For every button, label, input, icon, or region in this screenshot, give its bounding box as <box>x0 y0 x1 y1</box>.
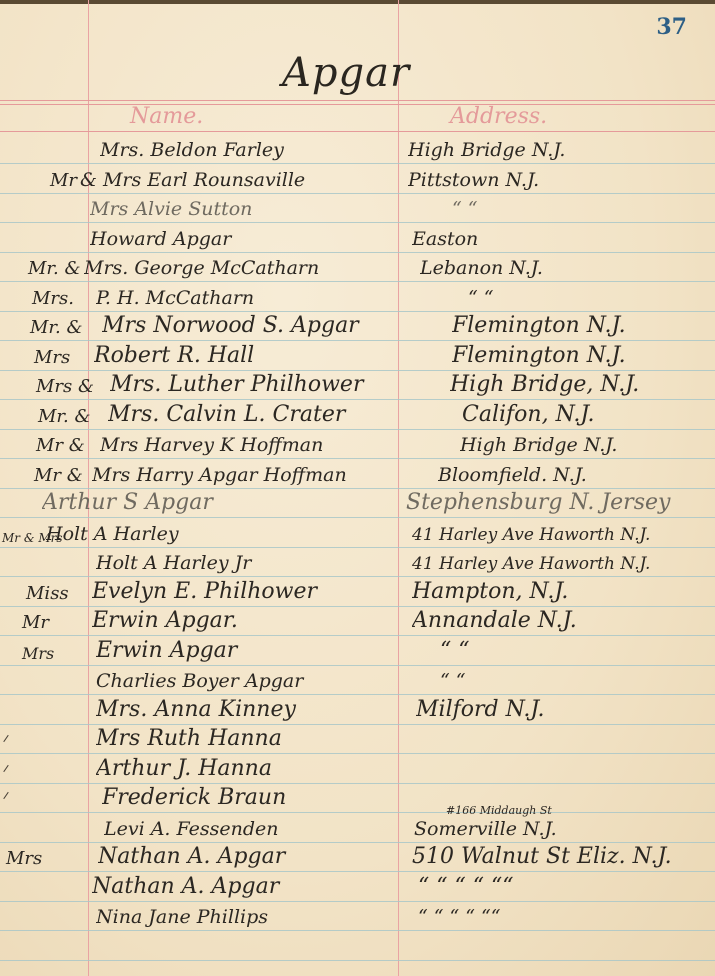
entry-address: #166 Middaugh St Somerville N.J. <box>414 818 715 840</box>
ledger-entry: Miss Evelyn E. Philhower Hampton, N.J. <box>0 577 715 606</box>
ledger-entry: Holt A Harley Jr 41 Harley Ave Haworth N… <box>0 547 715 576</box>
ledger-entry: Mr & Mrs Harvey K Hoffman High Bridge N.… <box>0 429 715 458</box>
ledger-entry: Mr & Mrs Harry Apgar Hoffman Bloomfield.… <box>0 459 715 488</box>
ledger-entry: Mr. & Mrs. Calvin L. Crater Califon, N.J… <box>0 400 715 429</box>
entry-name: Frederick Braun <box>102 785 407 810</box>
ledger-entry: Frederick Braun <box>0 783 715 812</box>
entry-name: Robert R. Hall <box>94 343 399 368</box>
entry-name: Mrs Ruth Hanna <box>96 726 401 751</box>
check-mark-icon <box>3 735 8 742</box>
entry-address: “ “ “ “ ““ <box>418 906 715 928</box>
entry-address: High Bridge, N.J. <box>450 372 715 397</box>
header-rule-top <box>0 100 715 101</box>
surname-heading: Apgar <box>282 50 410 96</box>
entry-prefix: Mrs & <box>36 376 118 397</box>
ledger-entry: Arthur J. Hanna <box>0 754 715 783</box>
entry-address: “ “ “ “ ““ <box>418 874 715 899</box>
entry-address: Stephensburg N. Jersey <box>406 490 711 515</box>
entry-name: Nina Jane Phillips <box>96 906 401 928</box>
ledger-entry: Nina Jane Phillips “ “ “ “ ““ <box>0 901 715 930</box>
entry-address: Annandale N.J. <box>412 608 715 633</box>
ledger-entry: Mrs Ruth Hanna <box>0 724 715 753</box>
entry-address: “ “ <box>452 198 715 220</box>
ledger-entry: Mrs & Mrs. Luther Philhower High Bridge,… <box>0 370 715 399</box>
ledger-entry: Levi A. Fessenden #166 Middaugh St Somer… <box>0 813 715 842</box>
entry-prefix: Mr. & <box>30 317 112 338</box>
entry-name: Mrs Alvie Sutton <box>90 198 395 220</box>
ledger-entry: Mr. & Mrs Norwood S. Apgar Flemington N.… <box>0 311 715 340</box>
entry-name: Erwin Apgar. <box>92 608 397 633</box>
check-mark-icon <box>3 792 8 799</box>
address-note: #166 Middaugh St <box>446 804 552 817</box>
entry-name: Arthur S Apgar <box>42 490 347 515</box>
entry-name: Holt A Harley <box>46 523 351 545</box>
entry-address: “ “ <box>440 638 715 663</box>
entry-name: Mrs. Beldon Farley <box>100 139 405 161</box>
page-top-edge <box>0 0 715 4</box>
ledger-entry: Mrs. P. H. McCatharn “ “ <box>0 282 715 311</box>
entry-name: & Mrs Earl Rounsaville <box>80 169 385 191</box>
entry-address: Hampton, N.J. <box>412 579 715 604</box>
entry-name: P. H. McCatharn <box>96 287 401 309</box>
ledger-entry: Mrs. Anna Kinney Milford N.J. <box>0 695 715 724</box>
entry-address: Lebanon N.J. <box>420 257 715 279</box>
entry-name: Mrs. George McCatharn <box>84 257 389 279</box>
ledger-entry: Howard Apgar Easton <box>0 223 715 252</box>
name-column-header: Name. <box>130 104 203 129</box>
ledger-entry: Mrs. Beldon Farley High Bridge N.J. <box>0 134 715 163</box>
entry-address: Milford N.J. <box>416 697 715 722</box>
entry-address: 510 Walnut St Eliz. N.J. <box>412 844 715 869</box>
ledger-entry: Nathan A. Apgar “ “ “ “ ““ <box>0 872 715 901</box>
header-rule-bottom <box>0 131 715 132</box>
entry-name: Howard Apgar <box>90 228 395 250</box>
entry-prefix: Mrs <box>6 848 88 869</box>
entry-address: High Bridge N.J. <box>460 434 715 456</box>
entry-name: Arthur J. Hanna <box>96 756 401 781</box>
ledger-entry: Mrs Alvie Sutton “ “ <box>0 193 715 222</box>
ledger-entry: Arthur S Apgar Stephensburg N. Jersey <box>0 488 715 517</box>
entry-name: Evelyn E. Philhower <box>92 579 397 604</box>
page-number: 37 <box>656 14 687 40</box>
entry-prefix: Mrs <box>22 644 104 663</box>
header-rule-top-2 <box>0 104 715 105</box>
entry-address: Pittstown N.J. <box>408 169 713 191</box>
ledger-entry: Charlies Boyer Apgar “ “ <box>0 665 715 694</box>
address-text: Somerville N.J. <box>414 818 557 840</box>
entry-address: High Bridge N.J. <box>408 139 713 161</box>
entry-name: Holt A Harley Jr <box>96 552 401 574</box>
entry-address: Easton <box>412 228 715 250</box>
entry-name: Nathan A. Apgar <box>98 844 403 869</box>
check-mark-icon <box>3 765 8 772</box>
entry-address: “ “ <box>468 287 715 309</box>
ledger-entry: Mr. & Mrs. George McCatharn Lebanon N.J. <box>0 252 715 281</box>
entry-address: Flemington N.J. <box>452 313 715 338</box>
entry-address: Flemington N.J. <box>452 343 715 368</box>
ledger-page: 37 Apgar Name. Address. Mrs. Beldon Farl… <box>0 0 715 976</box>
entry-name: Mrs. Anna Kinney <box>96 697 401 722</box>
entry-name: Levi A. Fessenden <box>104 818 409 840</box>
entry-name: Mrs Harvey K Hoffman <box>100 434 405 456</box>
entry-name: Mrs Harry Apgar Hoffman <box>92 464 397 486</box>
ledger-entry: Mrs Robert R. Hall Flemington N.J. <box>0 341 715 370</box>
ruled-line <box>0 960 715 961</box>
entry-name: Nathan A. Apgar <box>92 874 397 899</box>
ledger-entry: Mrs Erwin Apgar “ “ <box>0 636 715 665</box>
entry-address: Califon, N.J. <box>462 402 715 427</box>
ledger-entry: Mrs Nathan A. Apgar 510 Walnut St Eliz. … <box>0 842 715 871</box>
ledger-entry: Mr & Mrs Earl Rounsaville Pittstown N.J. <box>0 164 715 193</box>
entry-name: Mrs. Calvin L. Crater <box>108 402 408 427</box>
entry-address: Bloomfield. N.J. <box>438 464 715 486</box>
entry-name: Charlies Boyer Apgar <box>96 670 401 692</box>
ledger-entry: Mr Erwin Apgar. Annandale N.J. <box>0 606 715 635</box>
entry-address: “ “ <box>440 670 715 692</box>
entry-name: Mrs. Luther Philhower <box>110 372 400 397</box>
address-column-header: Address. <box>450 104 547 129</box>
ruled-line <box>0 930 715 931</box>
ledger-entry: Mr & Mrs Holt A Harley 41 Harley Ave Haw… <box>0 518 715 547</box>
entry-address: 41 Harley Ave Haworth N.J. <box>412 525 715 545</box>
entry-name: Erwin Apgar <box>96 638 401 663</box>
entry-address: 41 Harley Ave Haworth N.J. <box>412 554 715 574</box>
entry-name: Mrs Norwood S. Apgar <box>102 313 407 338</box>
